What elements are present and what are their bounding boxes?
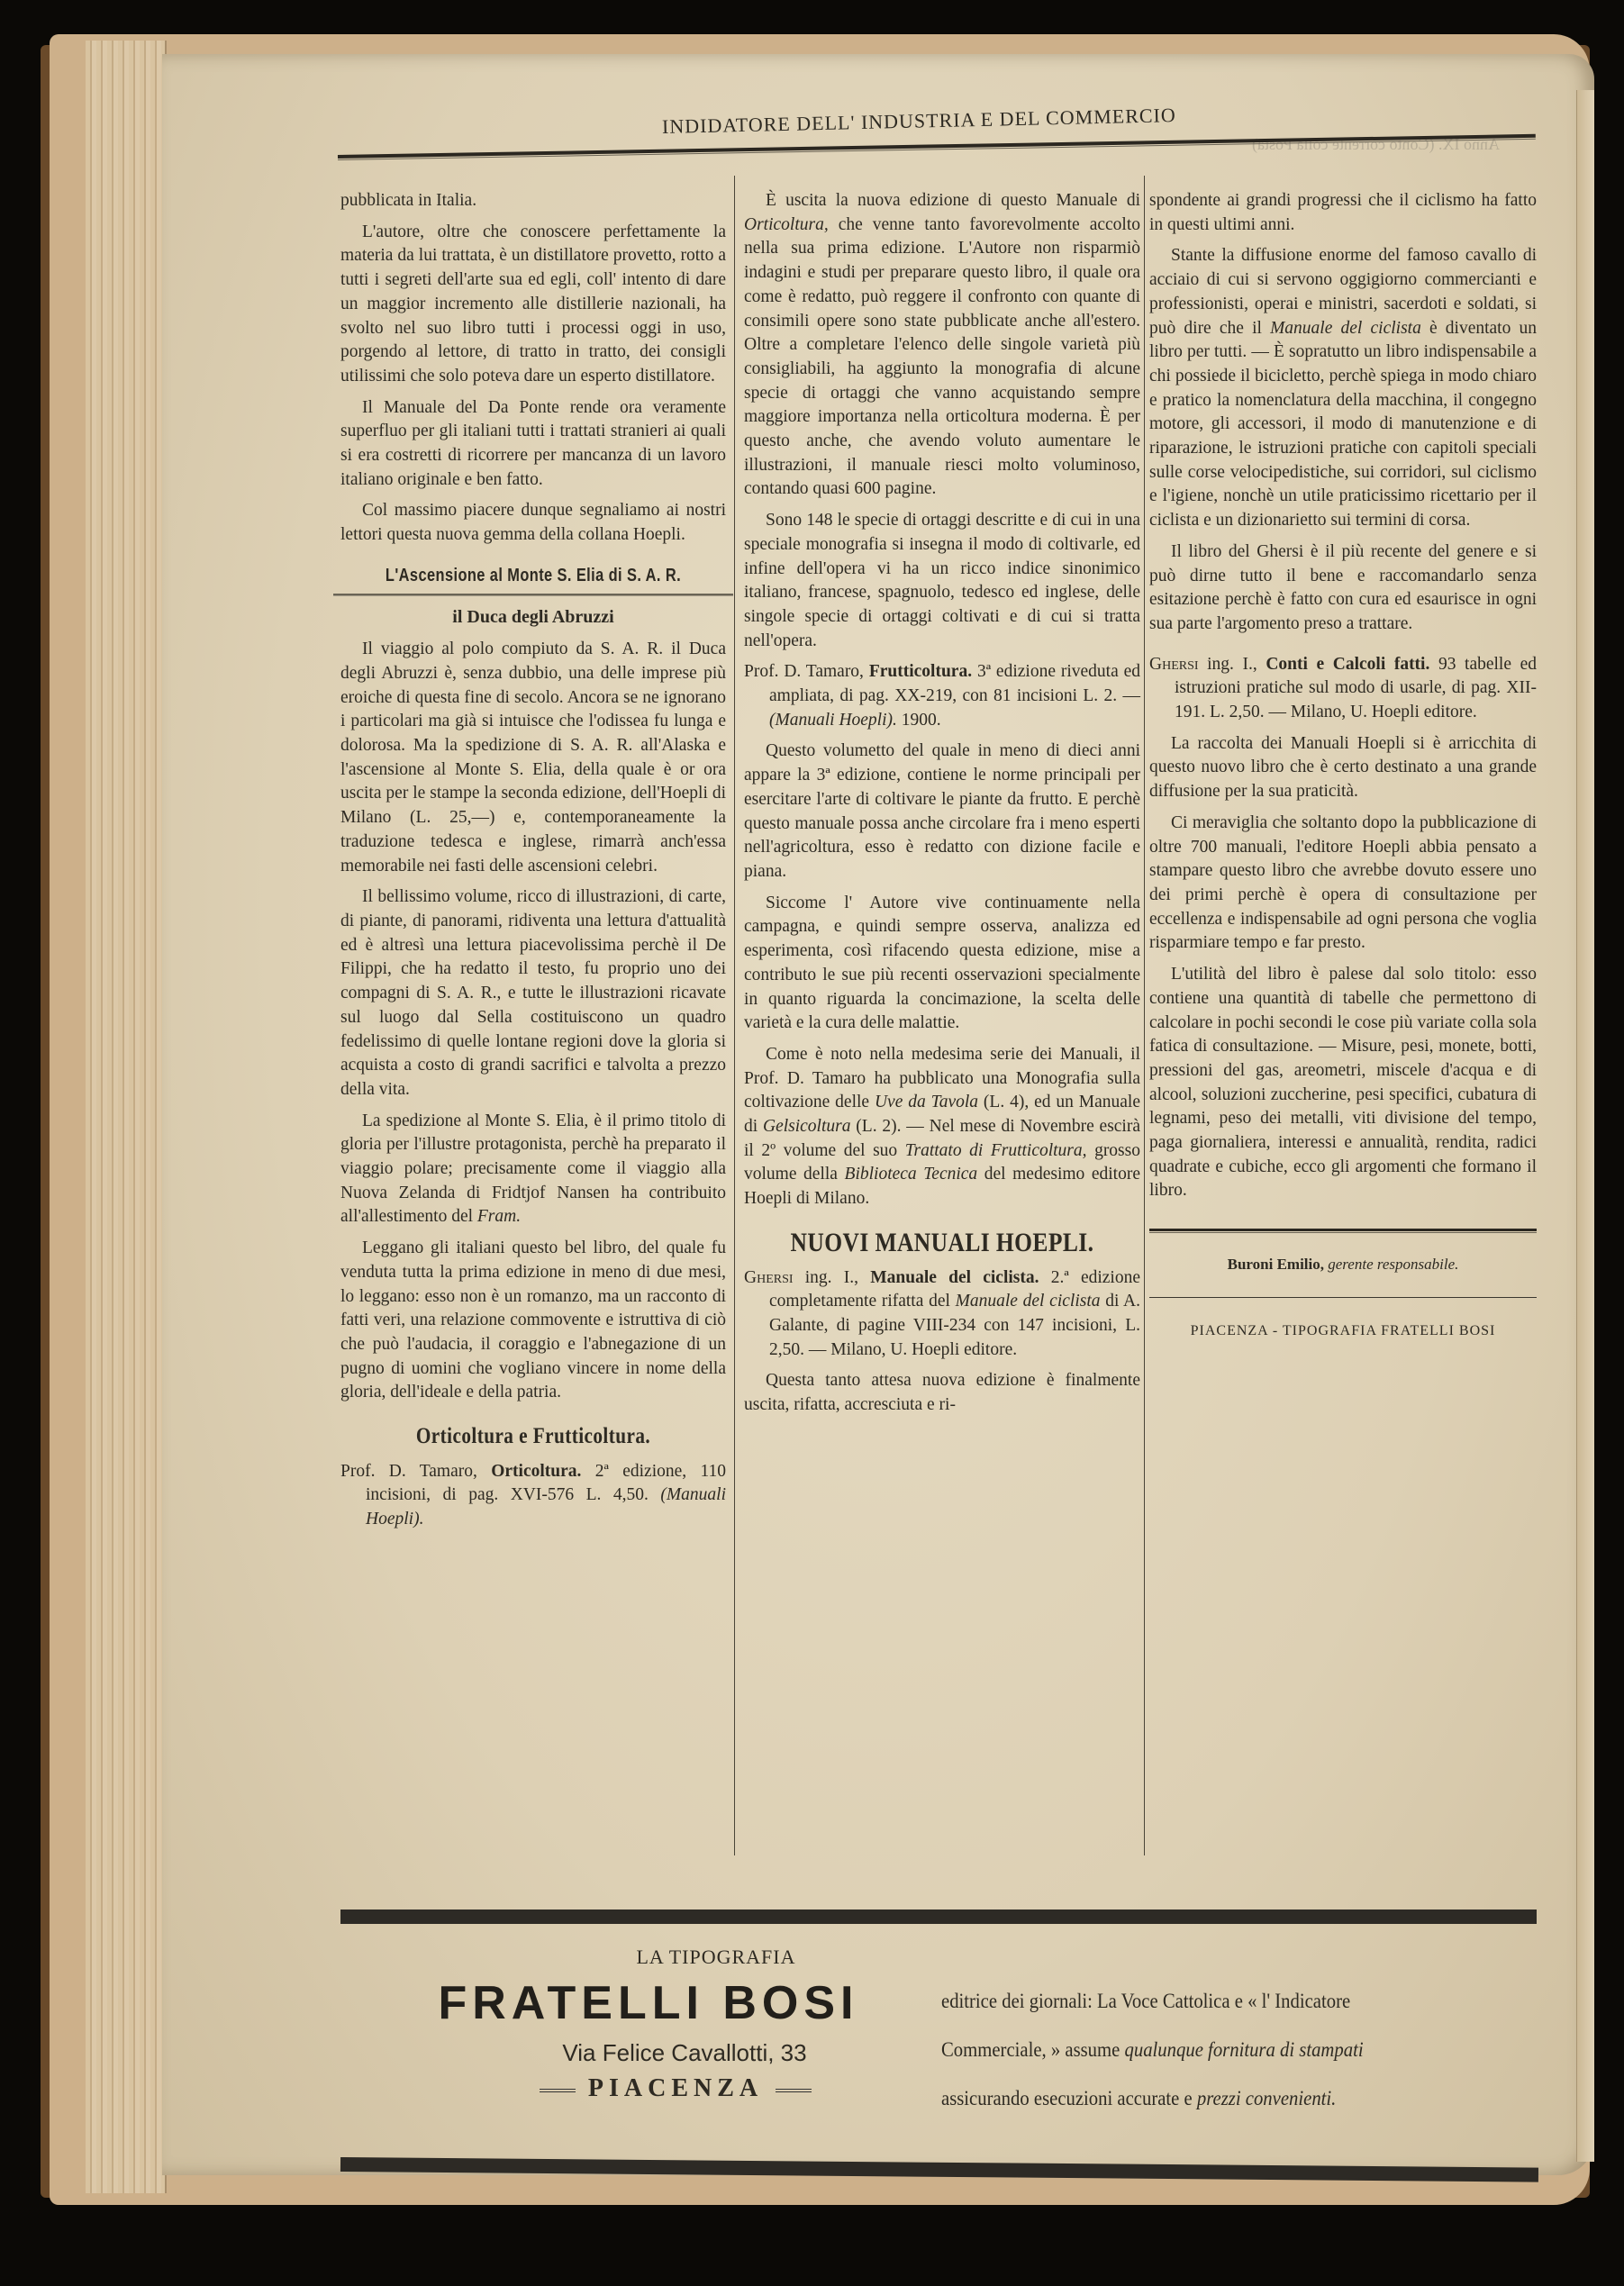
author: Prof. D. Tamaro, — [744, 662, 864, 681]
bibliography-entry: Ghersi ing. I., Conti e Calcoli fatti. 9… — [1149, 653, 1537, 725]
page-fold — [1576, 90, 1594, 2162]
italic-text: Fram. — [477, 1207, 521, 1226]
paragraph: spondente ai grandi progressi che il cic… — [1149, 189, 1537, 237]
paragraph: Il bellissimo volume, ricco di illustraz… — [340, 885, 726, 1102]
responsible-name: Buroni Emilio, — [1228, 1256, 1324, 1273]
bibliography-entry: Prof. D. Tamaro, Orticoltura. 2ª edizion… — [340, 1460, 726, 1532]
bibliography-entry: Ghersi ing. I., Manuale del ciclista. 2.… — [744, 1266, 1140, 1363]
ad-kicker: LA TIPOGRAFIA — [513, 1946, 919, 1969]
book-title: Manuale del ciclista. — [870, 1268, 1039, 1287]
paragraph: Il Manuale del Da Ponte rende ora verame… — [340, 396, 726, 493]
paragraph: Ci meraviglia che soltanto dopo la pubbl… — [1149, 812, 1537, 956]
italic-text: Trattato di Frutticoltura, — [905, 1141, 1087, 1160]
bibliography-entry: Prof. D. Tamaro, Frutticoltura. 3ª edizi… — [744, 660, 1140, 732]
page-stack — [86, 41, 167, 2193]
paragraph: Questa tanto attesa nuova edizione è fin… — [744, 1369, 1140, 1417]
text: ing. I., — [1199, 655, 1266, 674]
text: che venne tanto favorevolmente accolto n… — [744, 215, 1140, 499]
italic-text: Orticoltura, — [744, 215, 829, 234]
imprint-printer: PIACENZA - TIPOGRAFIA FRATELLI BOSI — [1149, 1320, 1537, 1344]
responsible-role: gerente responsabile. — [1324, 1256, 1458, 1273]
paragraph: L'autore, oltre che conoscere perfettame… — [340, 221, 726, 389]
italic-text: Manuale del ciclista — [956, 1292, 1101, 1311]
imprint-responsible: Buroni Emilio, gerente responsabile. — [1149, 1253, 1537, 1277]
ad-rule-top — [340, 1910, 1537, 1924]
ad-line: assicurando esecuzioni accurate e prezzi… — [941, 2074, 1476, 2123]
paragraph: Stante la diffusione enorme del famoso c… — [1149, 244, 1537, 532]
ad-address: Via Felice Cavallotti, 33 — [450, 2039, 919, 2067]
text: assicurando esecuzioni accurate e — [941, 2087, 1197, 2109]
column-divider — [734, 176, 735, 1855]
paragraph: Come è noto nella medesima serie dei Man… — [744, 1043, 1140, 1211]
text: Commerciale, » assume — [941, 2038, 1124, 2061]
column-1: pubblicata in Italia. L'autore, oltre ch… — [340, 189, 726, 1539]
paragraph: Leggano gli italiani questo bel libro, d… — [340, 1237, 726, 1405]
author: Ghersi — [744, 1268, 794, 1287]
paragraph: Sono 148 le specie di ortaggi descritte … — [744, 509, 1140, 653]
author: Prof. D. Tamaro, — [340, 1462, 477, 1481]
section-title: NUOVI MANUALI HOEPLI. — [774, 1231, 1111, 1256]
paragraph: Col massimo piacere dunque segnaliamo ai… — [340, 499, 726, 547]
text: ing. I., — [794, 1268, 871, 1287]
text: È uscita la nuova edizione di questo Man… — [766, 191, 1140, 210]
article-title: L'Ascensione al Monte S. Elia di S. A. R… — [376, 564, 692, 588]
column-3: spondente ai grandi progressi che il cic… — [1149, 189, 1537, 1344]
paragraph: Questo volumetto del quale in meno di di… — [744, 739, 1140, 884]
paragraph: L'utilità del libro è palese dal solo ti… — [1149, 963, 1537, 1203]
italic-text: prezzi convenienti. — [1197, 2087, 1336, 2109]
series: (Manuali Hoepli). — [769, 711, 897, 730]
paragraph: Siccome l' Autore vive continuamente nel… — [744, 892, 1140, 1036]
book-title: Conti e Calcoli fatti. — [1266, 655, 1429, 674]
paragraph: Il libro del Ghersi è il più recente del… — [1149, 540, 1537, 637]
column-2: È uscita la nuova edizione di questo Man… — [744, 189, 1140, 1425]
column-divider — [1144, 176, 1145, 1855]
italic-text: Uve da Tavola — [875, 1093, 978, 1111]
ad-city: PIACENZA — [432, 2074, 919, 2103]
ad-line: Commerciale, » assume qualunque fornitur… — [941, 2026, 1476, 2074]
paragraph: È uscita la nuova edizione di questo Man… — [744, 189, 1140, 502]
book-title: Orticoltura. — [491, 1462, 581, 1481]
text: La spedizione al Monte S. Elia, è il pri… — [340, 1111, 726, 1227]
book-title: Frutticoltura. — [869, 662, 972, 681]
ad-brand-block: LA TIPOGRAFIA FRATELLI BOSI Via Felice C… — [378, 1946, 919, 2103]
city-name: PIACENZA — [588, 2074, 763, 2102]
title-rule — [333, 594, 733, 596]
paragraph: La spedizione al Monte S. Elia, è il pri… — [340, 1110, 726, 1230]
ad-description: editrice dei giornali: La Voce Cattolica… — [941, 1977, 1476, 2123]
article-title: Orticoltura e Frutticoltura. — [369, 1425, 697, 1449]
italic-text: Gelsicoltura — [763, 1117, 851, 1136]
ornament-dash — [776, 2089, 812, 2092]
italic-text: Biblioteca Tecnica — [845, 1165, 978, 1184]
ornament-dash — [540, 2089, 576, 2092]
year: 1900. — [897, 711, 941, 730]
paragraph: Il viaggio al polo compiuto da S. A. R. … — [340, 638, 726, 878]
ad-line: editrice dei giornali: La Voce Cattolica… — [941, 1977, 1476, 2026]
paragraph: pubblicata in Italia. — [340, 189, 726, 213]
ad-brand: FRATELLI BOSI — [378, 1976, 919, 2030]
paragraph: La raccolta dei Manuali Hoepli si è arri… — [1149, 732, 1537, 804]
imprint-rule — [1149, 1297, 1537, 1298]
article-subtitle: il Duca degli Abruzzi — [340, 605, 726, 630]
text: è diventato un libro per tutti. — È sopr… — [1149, 319, 1537, 531]
author: Ghersi — [1149, 655, 1199, 674]
italic-text: qualunque fornitura di stampati — [1124, 2038, 1363, 2061]
imprint-rule — [1149, 1229, 1537, 1233]
italic-text: Manuale del ciclista — [1270, 319, 1421, 338]
